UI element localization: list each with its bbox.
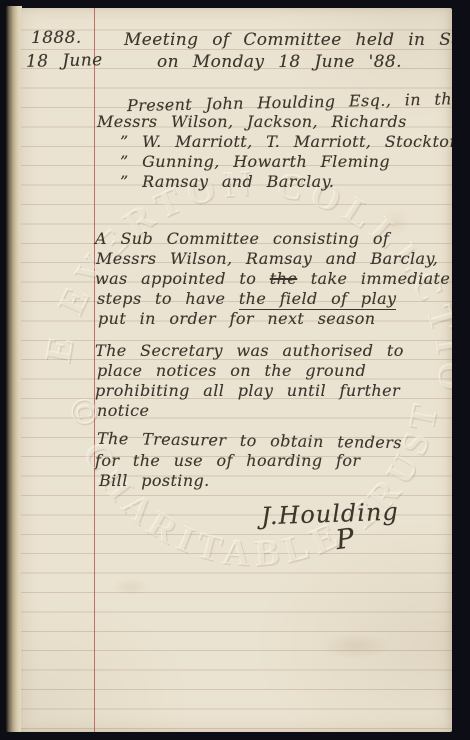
heading-line: on Monday 18 June '88. bbox=[157, 52, 402, 72]
underlined-phrase: the field of play bbox=[239, 289, 397, 310]
minute-line: notice bbox=[97, 401, 149, 420]
minute-text: steps to have bbox=[97, 289, 239, 308]
margin-year: 1888. bbox=[31, 28, 82, 48]
foxing-spot bbox=[111, 578, 151, 596]
minute-line: Messrs Wilson, Ramsay and Barclay, bbox=[96, 249, 438, 268]
attendees-line: Messrs Wilson, Jackson, Richards bbox=[97, 112, 407, 131]
minute-line: place notices on the ground bbox=[97, 361, 366, 380]
foxing-spot bbox=[321, 633, 391, 659]
minute-line: put in order for next season bbox=[98, 309, 375, 328]
minute-line: steps to have the field of play bbox=[97, 289, 396, 308]
minute-text: take immediate bbox=[297, 269, 450, 288]
book-binding-edge bbox=[6, 6, 22, 732]
minute-line: A Sub Committee consisting of bbox=[95, 229, 389, 248]
minute-line: prohibiting all play until further bbox=[95, 381, 400, 400]
margin-date: 18 June bbox=[26, 50, 103, 72]
attendees-line: ” Gunning, Howarth Fleming bbox=[120, 152, 390, 171]
ledger-page: THE EVERTON COLLECTION © CHARITABLE TRUS… bbox=[21, 8, 452, 732]
minute-line: The Secretary was authorised to bbox=[95, 341, 404, 360]
minute-line: for the use of hoarding for bbox=[95, 451, 360, 470]
signature-flourish: P bbox=[334, 523, 357, 556]
signature: J.Houlding bbox=[261, 498, 400, 531]
attendees-line: ” W. Marriott, T. Marriott, Stockton bbox=[120, 132, 452, 151]
attendees-line: ” Ramsay and Barclay. bbox=[120, 172, 334, 191]
minute-line: Bill posting. bbox=[99, 471, 210, 490]
minute-line: was appointed to the take immediate bbox=[95, 269, 450, 288]
heading-line: Meeting of Committee held in Sandon Hote… bbox=[124, 30, 452, 50]
minute-line: The Treasurer to obtain tenders bbox=[97, 429, 402, 452]
struck-word: the bbox=[270, 269, 297, 288]
minute-text: was appointed to bbox=[95, 269, 270, 288]
scan-background: THE EVERTON COLLECTION © CHARITABLE TRUS… bbox=[0, 0, 470, 740]
red-margin-line bbox=[94, 8, 95, 732]
